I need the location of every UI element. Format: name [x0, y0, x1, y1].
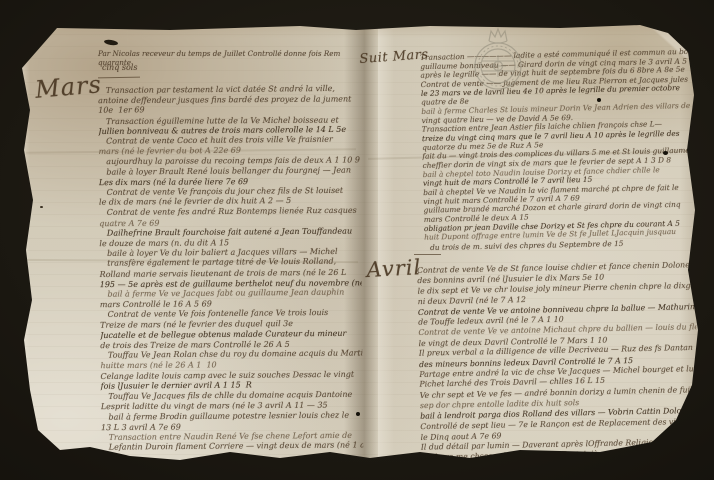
manuscript-text-line: bail à ferme Brodin guillaume potestre l… — [101, 410, 363, 422]
manuscript-text-line: le douze de mars (n. du dit A 15 — [99, 237, 361, 249]
month-heading-mars: Mars — [34, 70, 103, 104]
register-header-line2: cinq sols — [102, 63, 137, 72]
tax-control-stamp-icon — [468, 24, 528, 92]
left-page-entries: Transaction par testament la vict datée … — [98, 84, 363, 456]
right-page-mars-entries: Transaction —————— ladite a esté communi… — [420, 47, 700, 245]
manuscript-sheet: Mars Par Nicolas receveur du temps de Ju… — [18, 22, 700, 474]
manuscript-text-line: 10e 1er 69 — [98, 104, 360, 116]
worm-hole — [663, 151, 668, 155]
manuscript-text-line: Transaction éguillemine lutte de la Ve M… — [98, 115, 360, 127]
worm-hole — [597, 98, 601, 102]
center-fold-highlight — [378, 22, 394, 474]
header-underline — [98, 77, 140, 79]
manuscript-text-line: Lefantin Duroin flament Corriere — vingt… — [101, 441, 363, 453]
manuscript-text-line: mars Controllé le 16 A 5 69 — [100, 299, 362, 311]
scorch-mark — [110, 454, 120, 458]
month-heading-avril: Avril — [366, 255, 422, 282]
ink-speck — [40, 206, 43, 208]
register-header-line1: Par Nicolas receveur du temps de Juillet… — [98, 49, 364, 67]
manuscript-text-line: 13 L 3 avril A 7e 69 — [101, 421, 363, 433]
ink-blot — [104, 39, 119, 46]
photo-background: Mars Par Nicolas receveur du temps de Ju… — [0, 0, 714, 480]
worm-hole — [356, 412, 360, 416]
right-page-avril-entries: Contrat de vente Ve de St fance louise c… — [417, 260, 699, 466]
manuscript-text-line: Les dix mars (né la durée liere 7e 69 — [99, 176, 361, 188]
